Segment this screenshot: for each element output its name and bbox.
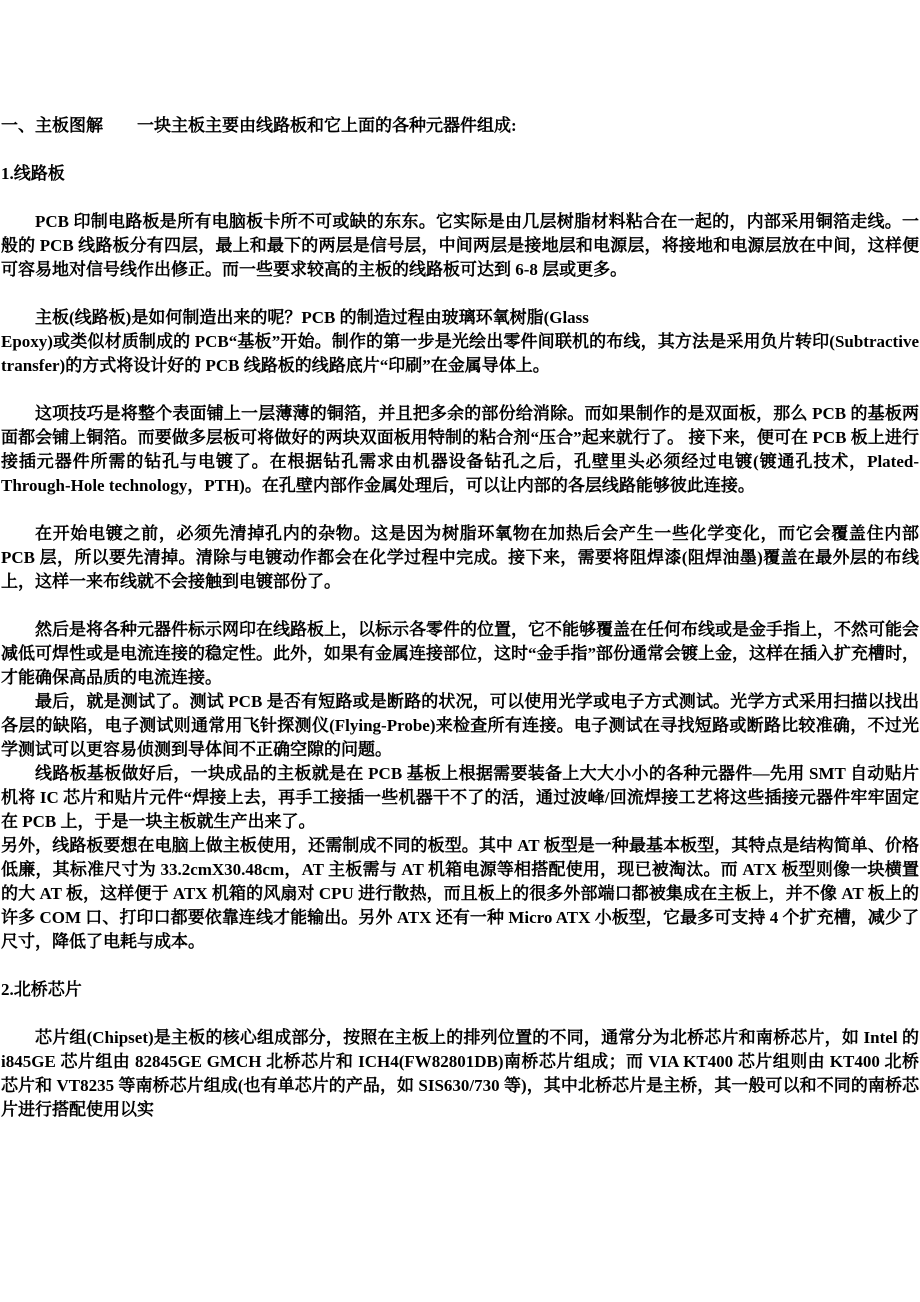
paragraph-silkscreen-goldfinger: 然后是将各种元器件标示网印在线路板上，以标示各零件的位置，它不能够覆盖在任何布线… <box>1 618 919 690</box>
paragraph-copper-foil-drilling: 这项技巧是将整个表面铺上一层薄薄的铜箔，并且把多余的部份给消除。而如果制作的是双… <box>1 402 919 498</box>
section-heading-northbridge: 2.北桥芯片 <box>1 978 919 1002</box>
paragraph-pcb-intro: PCB 印制电路板是所有电脑板卡所不可或缺的东东。它实际是由几层树脂材料粘合在一… <box>1 210 919 282</box>
document-page: 一、主板图解 一块主板主要由线路板和它上面的各种元器件组成: 1.线路板 PCB… <box>0 0 920 1302</box>
paragraph-board-form-factors: 另外，线路板要想在电脑上做主板使用，还需制成不同的板型。其中 AT 板型是一种最… <box>1 834 919 954</box>
paragraph-pcb-manufacturing: 主板(线路板)是如何制造出来的呢？PCB 的制造过程由玻璃环氧树脂(Glass … <box>1 306 919 378</box>
paragraph-smt-assembly: 线路板基板做好后，一块成品的主板就是在 PCB 基板上根据需要装备上大大小小的各… <box>1 762 919 834</box>
paragraph-plating-cleanup: 在开始电镀之前，必须先清掉孔内的杂物。这是因为树脂环氧物在加热后会产生一些化学变… <box>1 522 919 594</box>
paragraph-pcb-testing: 最后，就是测试了。测试 PCB 是否有短路或是断路的状况，可以使用光学或电子方式… <box>1 690 919 762</box>
paragraph-chipset-overview: 芯片组(Chipset)是主板的核心组成部分，按照在主板上的排列位置的不同，通常… <box>1 1026 919 1122</box>
section-heading-circuit-board: 1.线路板 <box>1 162 919 186</box>
doc-title: 一、主板图解 一块主板主要由线路板和它上面的各种元器件组成: <box>1 114 919 138</box>
